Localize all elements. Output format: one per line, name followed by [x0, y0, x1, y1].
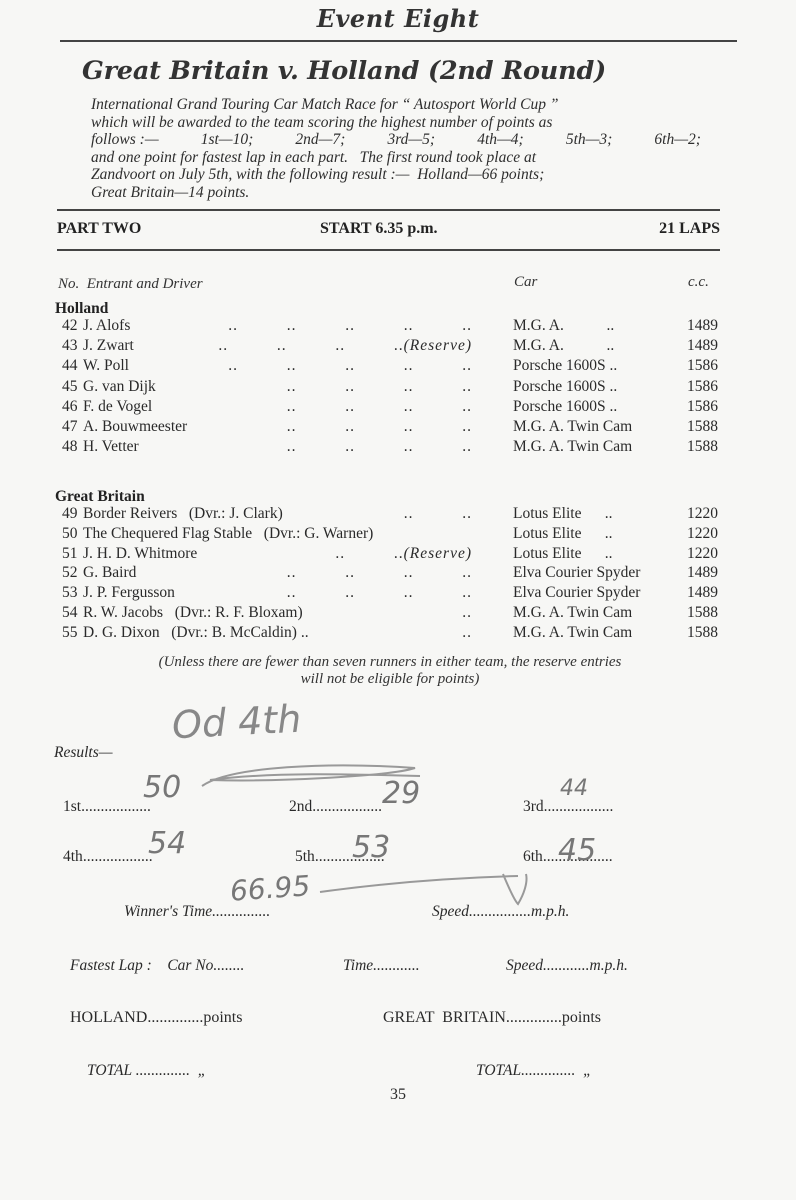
- dot-leader: .. ..: [404, 504, 472, 524]
- intro-text: 5th—3;: [566, 131, 613, 149]
- car-number: 45: [62, 377, 84, 397]
- engine-cc: 1489: [683, 336, 718, 356]
- entrant-name: J. H. D. Whitmore: [83, 544, 197, 564]
- gb-points-field[interactable]: ..............: [506, 1009, 562, 1026]
- engine-cc: 1489: [683, 563, 718, 583]
- entry-row: 50The Chequered Flag Stable (Dvr.: G. Wa…: [62, 524, 722, 544]
- entrant-name: G. Baird: [83, 563, 136, 583]
- car-no-label: Car No: [167, 957, 213, 974]
- time-field[interactable]: ............: [373, 957, 420, 974]
- car-model: Lotus Elite ..: [513, 544, 612, 564]
- dots: .. .. .. ..: [287, 438, 472, 455]
- total-label: TOTAL: [87, 1062, 132, 1079]
- speed-unit: m.p.h.: [590, 957, 628, 974]
- intro-paragraph: International Grand Touring Car Match Ra…: [91, 96, 701, 201]
- intro-text: follows :—: [91, 131, 159, 149]
- intro-text: 3rd—5;: [387, 131, 435, 149]
- car-number: 54: [62, 603, 84, 623]
- engine-cc: 1220: [683, 524, 718, 544]
- entrant-name: F. de Vogel: [83, 397, 152, 417]
- car-model: Elva Courier Spyder: [513, 563, 640, 583]
- engine-cc: 1586: [683, 397, 718, 417]
- event-title: Event Eight: [0, 4, 796, 33]
- intro-text: 4th—4;: [477, 131, 524, 149]
- car-model: Lotus Elite ..: [513, 504, 612, 524]
- entry-row: 52G. Baird.. .. .. ..Elva Courier Spyder…: [62, 563, 722, 583]
- engine-cc: 1489: [683, 316, 718, 336]
- dot-leader: .. ..(Reserve): [335, 544, 472, 564]
- speed-text: Speed: [432, 903, 469, 920]
- handwritten-place-value: 29: [382, 776, 420, 811]
- intro-text: 2nd—7;: [295, 131, 345, 149]
- fastest-speed-field[interactable]: ............: [543, 957, 590, 974]
- results-label: Results—: [54, 744, 113, 762]
- place-field[interactable]: ..................: [81, 798, 151, 815]
- intro-text: 6th—2;: [654, 131, 701, 149]
- holland-points-field[interactable]: ..............: [147, 1009, 203, 1026]
- entry-row: 55D. G. Dixon (Dvr.: B. McCaldin) ....M.…: [62, 623, 722, 643]
- dots: .. .. .. ..: [287, 564, 472, 581]
- holland-label: HOLLAND: [70, 1009, 147, 1026]
- reserve-tag: (Reserve): [404, 337, 472, 354]
- entry-row: 53J. P. Fergusson.. .. .. ..Elva Courier…: [62, 583, 722, 603]
- engine-cc: 1586: [683, 377, 718, 397]
- entrant-name: A. Bouwmeester: [83, 417, 187, 437]
- car-number: 47: [62, 417, 84, 437]
- car-number: 51: [62, 544, 84, 564]
- laps: 21 LAPS: [659, 220, 720, 238]
- place-field[interactable]: ..................: [312, 798, 382, 815]
- winners-time-text: Winner's Time: [124, 903, 212, 920]
- dots: ..: [462, 604, 472, 621]
- entry-row: 43J. Zwart.. .. .. ..(Reserve)M.G. A. ..…: [62, 336, 722, 356]
- engine-cc: 1588: [683, 623, 718, 643]
- car-number: 44: [62, 356, 84, 376]
- car-no-field[interactable]: ........: [213, 957, 244, 974]
- note-line: (Unless there are fewer than seven runne…: [80, 654, 700, 671]
- entrant-name: J. Zwart: [83, 336, 134, 356]
- intro-text: and one point for fastest lap in each pa…: [91, 149, 536, 167]
- engine-cc: 1220: [683, 544, 718, 564]
- intro-line: follows :—1st—10;2nd—7;3rd—5;4th—4;5th—3…: [91, 131, 701, 149]
- place-label: 1st: [63, 798, 81, 815]
- intro-text: which will be awarded to the team scorin…: [91, 114, 552, 132]
- entrant-name: Border Reivers (Dvr.: J. Clark): [83, 504, 283, 524]
- entry-row: 45G. van Dijk.. .. .. ..Porsche 1600S ..…: [62, 377, 722, 397]
- car-model: M.G. A. ..: [513, 316, 614, 336]
- dot-leader: .. .. .. ..: [287, 583, 472, 603]
- car-number: 43: [62, 336, 84, 356]
- dot-leader: .. .. .. ..: [287, 437, 472, 457]
- engine-cc: 1489: [683, 583, 718, 603]
- entrant-name: D. G. Dixon (Dvr.: B. McCaldin) ..: [83, 623, 309, 643]
- result-place-4th: 4th..................: [63, 848, 153, 866]
- dot-leader: ..: [462, 623, 472, 643]
- car-model: M.G. A. Twin Cam: [513, 437, 632, 457]
- intro-line: which will be awarded to the team scorin…: [91, 114, 701, 132]
- entry-row: 42J. Alofs.. .. .. .. ..M.G. A. ..1489: [62, 316, 722, 336]
- dot-leader: ..: [462, 603, 472, 623]
- car-model: Porsche 1600S ..: [513, 356, 617, 376]
- dots: .. .. .. .. ..: [228, 317, 472, 334]
- winners-time-value: 66.95: [229, 869, 311, 908]
- points-word: points: [203, 1009, 242, 1026]
- part-label: PART TWO: [57, 220, 141, 238]
- entrant-name: The Chequered Flag Stable (Dvr.: G. Warn…: [83, 524, 373, 544]
- dots: .. .. .. ..: [287, 584, 472, 601]
- car-number: 50: [62, 524, 84, 544]
- divider: [60, 40, 737, 42]
- total-label: TOTAL: [476, 1062, 521, 1079]
- handwritten-place-value: 50: [143, 770, 181, 805]
- place-label: 5th: [295, 848, 315, 865]
- dot-leader: .. .. .. .. ..: [228, 356, 472, 376]
- column-header-cc: c.c.: [688, 274, 709, 291]
- dots: .. .. .. ..: [287, 378, 472, 395]
- winner-speed-field[interactable]: ................: [469, 903, 531, 920]
- car-model: Porsche 1600S ..: [513, 377, 617, 397]
- dots: .. .. .. ..: [287, 418, 472, 435]
- fastest-lap-speed: Speed............m.p.h.: [506, 957, 628, 975]
- page-title: Great Britain v. Holland (2nd Round): [82, 56, 722, 86]
- dots: .. ..: [335, 545, 403, 562]
- car-model: M.G. A. Twin Cam: [513, 417, 632, 437]
- engine-cc: 1220: [683, 504, 718, 524]
- page-number: 35: [0, 1086, 796, 1104]
- place-label: 2nd: [289, 798, 312, 815]
- fastest-lap-label: Fastest Lap :: [70, 957, 152, 974]
- ditto-mark: „: [198, 1062, 207, 1079]
- entry-row: 48H. Vetter.. .. .. ..M.G. A. Twin Cam15…: [62, 437, 722, 457]
- place-label: 6th: [523, 848, 543, 865]
- handwritten-place-value: 54: [148, 826, 186, 861]
- speed-unit: m.p.h.: [531, 903, 569, 920]
- points-word: points: [562, 1009, 601, 1026]
- dots: .. .. .. ..: [287, 398, 472, 415]
- car-number: 48: [62, 437, 84, 457]
- dots: ..: [462, 624, 472, 641]
- intro-text: International Grand Touring Car Match Ra…: [91, 96, 559, 114]
- car-number: 49: [62, 504, 84, 524]
- entry-row: 49Border Reivers (Dvr.: J. Clark).. ..Lo…: [62, 504, 722, 524]
- winner-speed-label: Speed................m.p.h.: [432, 903, 569, 921]
- dot-leader: .. .. .. .. ..: [228, 316, 472, 336]
- time-label: Time: [343, 957, 373, 974]
- dot-leader: .. .. .. ..: [287, 377, 472, 397]
- ditto-mark: „: [583, 1062, 592, 1079]
- car-number: 46: [62, 397, 84, 417]
- result-place-2nd: 2nd..................: [289, 798, 382, 816]
- gb-label: GREAT BRITAIN: [383, 1009, 506, 1026]
- speed-label: Speed: [506, 957, 543, 974]
- car-model: M.G. A. Twin Cam: [513, 623, 632, 643]
- fastest-lap-row: Fastest Lap : Car No........: [70, 957, 244, 975]
- intro-line: and one point for fastest lap in each pa…: [91, 149, 701, 167]
- reserve-tag: (Reserve): [404, 545, 472, 562]
- entrant-name: G. van Dijk: [83, 377, 156, 397]
- divider: [57, 249, 720, 251]
- dot-leader: .. .. .. ..: [287, 417, 472, 437]
- result-place-1st: 1st..................: [63, 798, 151, 816]
- note-line: will not be eligible for points): [80, 671, 700, 688]
- holland-points-row: HOLLAND..............points: [70, 1009, 242, 1027]
- gb-points-row: GREAT BRITAIN..............points: [383, 1009, 601, 1027]
- gb-total-field[interactable]: ..............: [521, 1062, 575, 1079]
- gb-total-row: TOTAL.............. „: [476, 1062, 592, 1080]
- entry-row: 44W. Poll.. .. .. .. ..Porsche 1600S ..1…: [62, 356, 722, 376]
- car-model: Porsche 1600S ..: [513, 397, 617, 417]
- dot-leader: .. .. .. ..(Reserve): [218, 336, 472, 356]
- reserve-note: (Unless there are fewer than seven runne…: [80, 654, 700, 688]
- engine-cc: 1588: [683, 437, 718, 457]
- entry-row: 51J. H. D. Whitmore.. ..(Reserve)Lotus E…: [62, 544, 722, 564]
- entry-row: 54R. W. Jacobs (Dvr.: R. F. Bloxam)..M.G…: [62, 603, 722, 623]
- place-label: 3rd: [523, 798, 544, 815]
- handwritten-place-value: 53: [352, 830, 390, 865]
- dot-leader: .. .. .. ..: [287, 397, 472, 417]
- start-time: START 6.35 p.m.: [320, 220, 438, 238]
- place-label: 4th: [63, 848, 83, 865]
- dot-leader: .. .. .. ..: [287, 563, 472, 583]
- car-model: Lotus Elite ..: [513, 524, 612, 544]
- car-number: 55: [62, 623, 84, 643]
- intro-line: Zandvoort on July 5th, with the followin…: [91, 166, 701, 184]
- holland-total-field[interactable]: ..............: [132, 1062, 190, 1079]
- intro-text: Great Britain—14 points.: [91, 184, 249, 202]
- handwritten-note: Od 4th: [171, 697, 302, 748]
- dots: .. .. .. ..: [218, 337, 403, 354]
- dots: .. ..: [404, 505, 472, 522]
- car-number: 42: [62, 316, 84, 336]
- entry-row: 46F. de Vogel.. .. .. ..Porsche 1600S ..…: [62, 397, 722, 417]
- column-header-entrant: No. Entrant and Driver: [58, 276, 203, 293]
- column-header-car: Car: [514, 274, 537, 291]
- intro-text: 1st—10;: [201, 131, 254, 149]
- entrant-name: W. Poll: [83, 356, 129, 376]
- engine-cc: 1586: [683, 356, 718, 376]
- holland-total-row: TOTAL .............. „: [87, 1062, 206, 1080]
- intro-text: Zandvoort on July 5th, with the followin…: [91, 166, 544, 184]
- place-field[interactable]: ..................: [83, 848, 153, 865]
- handwritten-place-value: 44: [560, 776, 588, 801]
- divider: [57, 209, 720, 211]
- car-number: 52: [62, 563, 84, 583]
- car-model: M.G. A. ..: [513, 336, 614, 356]
- car-model: M.G. A. Twin Cam: [513, 603, 632, 623]
- fastest-lap-time: Time............: [343, 957, 420, 975]
- entrant-name: H. Vetter: [83, 437, 139, 457]
- entrant-name: J. P. Fergusson: [83, 583, 175, 603]
- engine-cc: 1588: [683, 417, 718, 437]
- entrant-name: R. W. Jacobs (Dvr.: R. F. Bloxam): [83, 603, 303, 623]
- car-number: 53: [62, 583, 84, 603]
- dots: .. .. .. .. ..: [228, 357, 472, 374]
- engine-cc: 1588: [683, 603, 718, 623]
- entrant-name: J. Alofs: [83, 316, 130, 336]
- intro-line: International Grand Touring Car Match Ra…: [91, 96, 701, 114]
- entry-row: 47A. Bouwmeester.. .. .. ..M.G. A. Twin …: [62, 417, 722, 437]
- car-model: Elva Courier Spyder: [513, 583, 640, 603]
- intro-line: Great Britain—14 points.: [91, 184, 701, 202]
- handwritten-place-value: 45: [558, 833, 596, 868]
